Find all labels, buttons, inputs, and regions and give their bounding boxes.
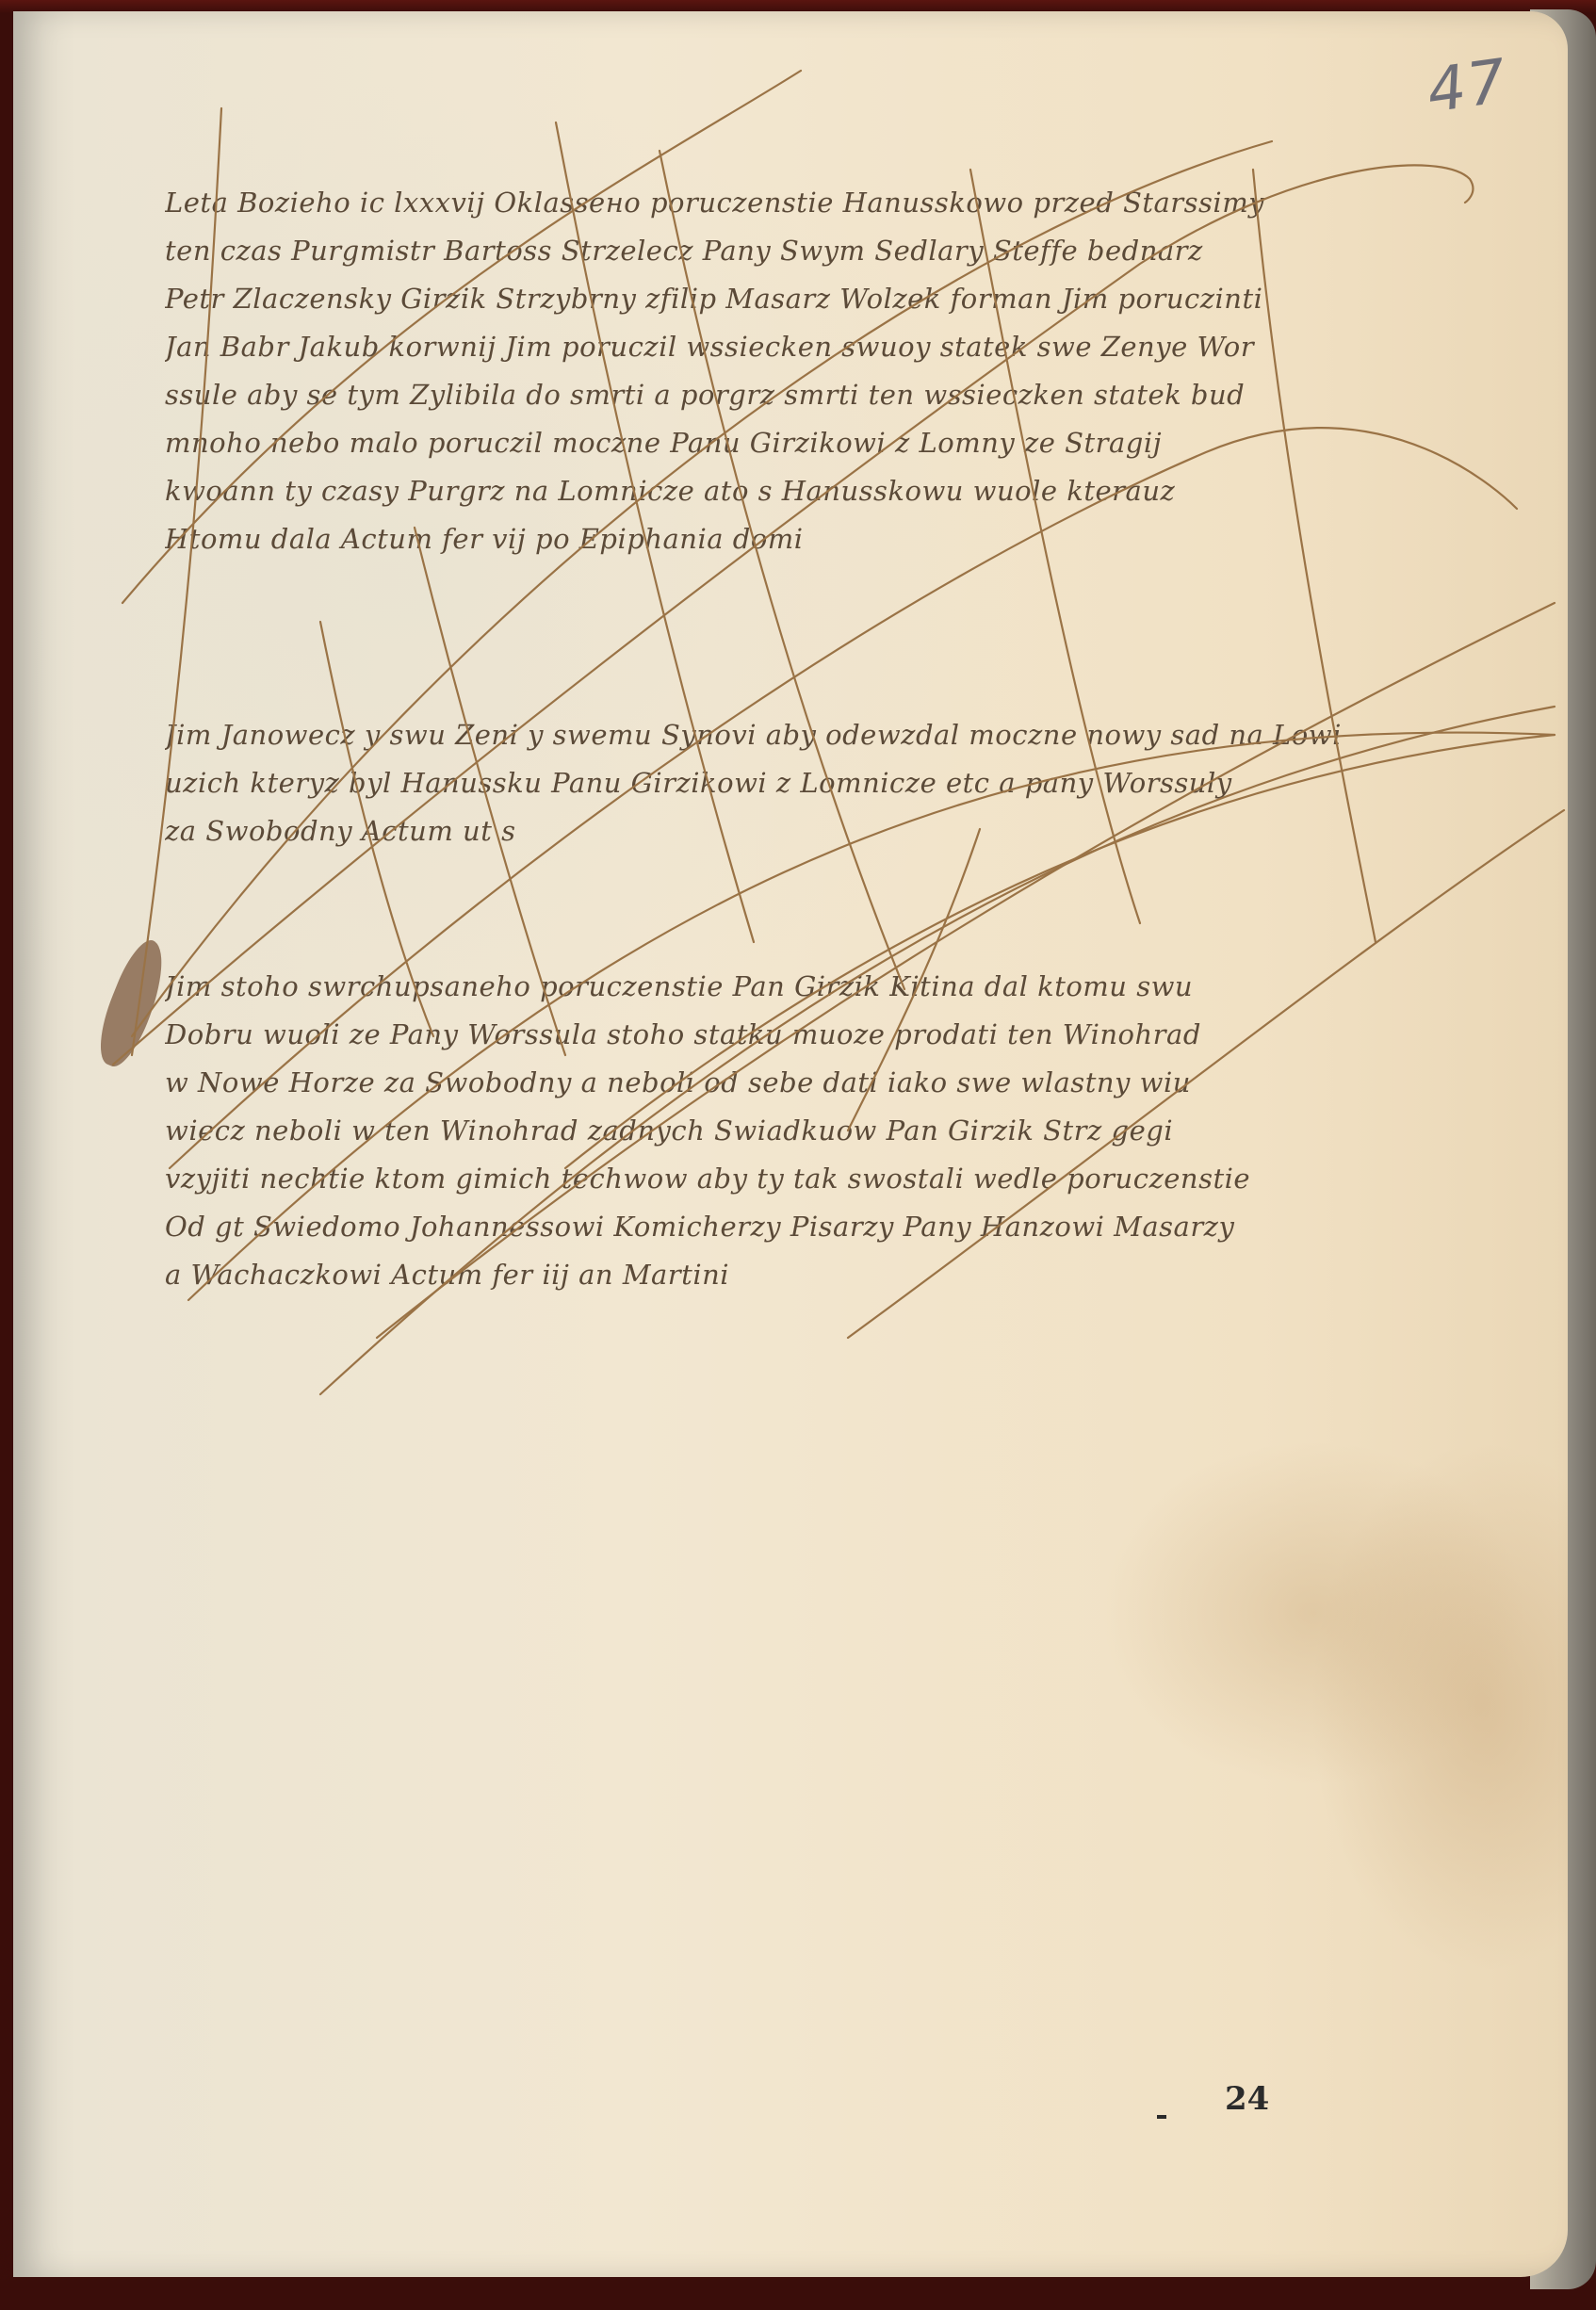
folio-number: 47 xyxy=(1423,46,1512,126)
entry-line: wiecz neboli w ten Winohrad zadnych Swia… xyxy=(165,1107,1484,1155)
entry-line: Leta Bozieho ic lxxxvij Oklassено porucz… xyxy=(165,179,1484,227)
entry-1: Leta Bozieho ic lxxxvij Oklassено porucz… xyxy=(165,179,1484,563)
entry-line: Htomu dala Actum fer vij po Epiphania do… xyxy=(165,515,1484,563)
entry-line: kwoann ty czasy Purgrz na Lomnicze ato s… xyxy=(165,467,1484,515)
entry-line: Jim Janowecz y swu Zeni y swemu Synovi a… xyxy=(165,711,1484,759)
entry-line: vzyjiti nechtie ktom gimich techwow aby … xyxy=(165,1155,1484,1203)
entry-line: Od gt Swiedomo Johannessowi Komicherzy P… xyxy=(165,1203,1484,1251)
entry-2: Jim Janowecz y swu Zeni y swemu Synovi a… xyxy=(165,711,1484,855)
stamp-dash xyxy=(1157,2115,1166,2119)
entry-line: Petr Zlaczensky Girzik Strzybrny zfilip … xyxy=(165,275,1484,323)
entry-line: Jan Babr Jakub korwnij Jim poruczil wssi… xyxy=(165,323,1484,371)
entry-line: w Nowe Horze za Swobodny a neboli od seb… xyxy=(165,1059,1484,1107)
entry-line: uzich kteryz byl Hanussku Panu Girzikowi… xyxy=(165,759,1484,807)
entry-line: a Wachaczkowi Actum fer iij an Martini xyxy=(165,1251,1484,1299)
entry-3: Jim stoho swrchupsaneho poruczenstie Pan… xyxy=(165,963,1484,1299)
entry-line: za Swobodny Actum ut s xyxy=(165,807,1484,855)
entry-line: mnoho nebo malo poruczil moczne Panu Gir… xyxy=(165,419,1484,467)
stamp-number: 24 xyxy=(1225,2080,1269,2118)
entry-line: Jim stoho swrchupsaneho poruczenstie Pan… xyxy=(165,963,1484,1011)
entry-line: ten czas Purgmistr Bartoss Strzelecz Pan… xyxy=(165,227,1484,275)
entry-line: Dobru wuoli ze Pany Worssula stoho statk… xyxy=(165,1011,1484,1059)
entry-line: ssule aby se tym Zylibila do smrti a por… xyxy=(165,371,1484,419)
